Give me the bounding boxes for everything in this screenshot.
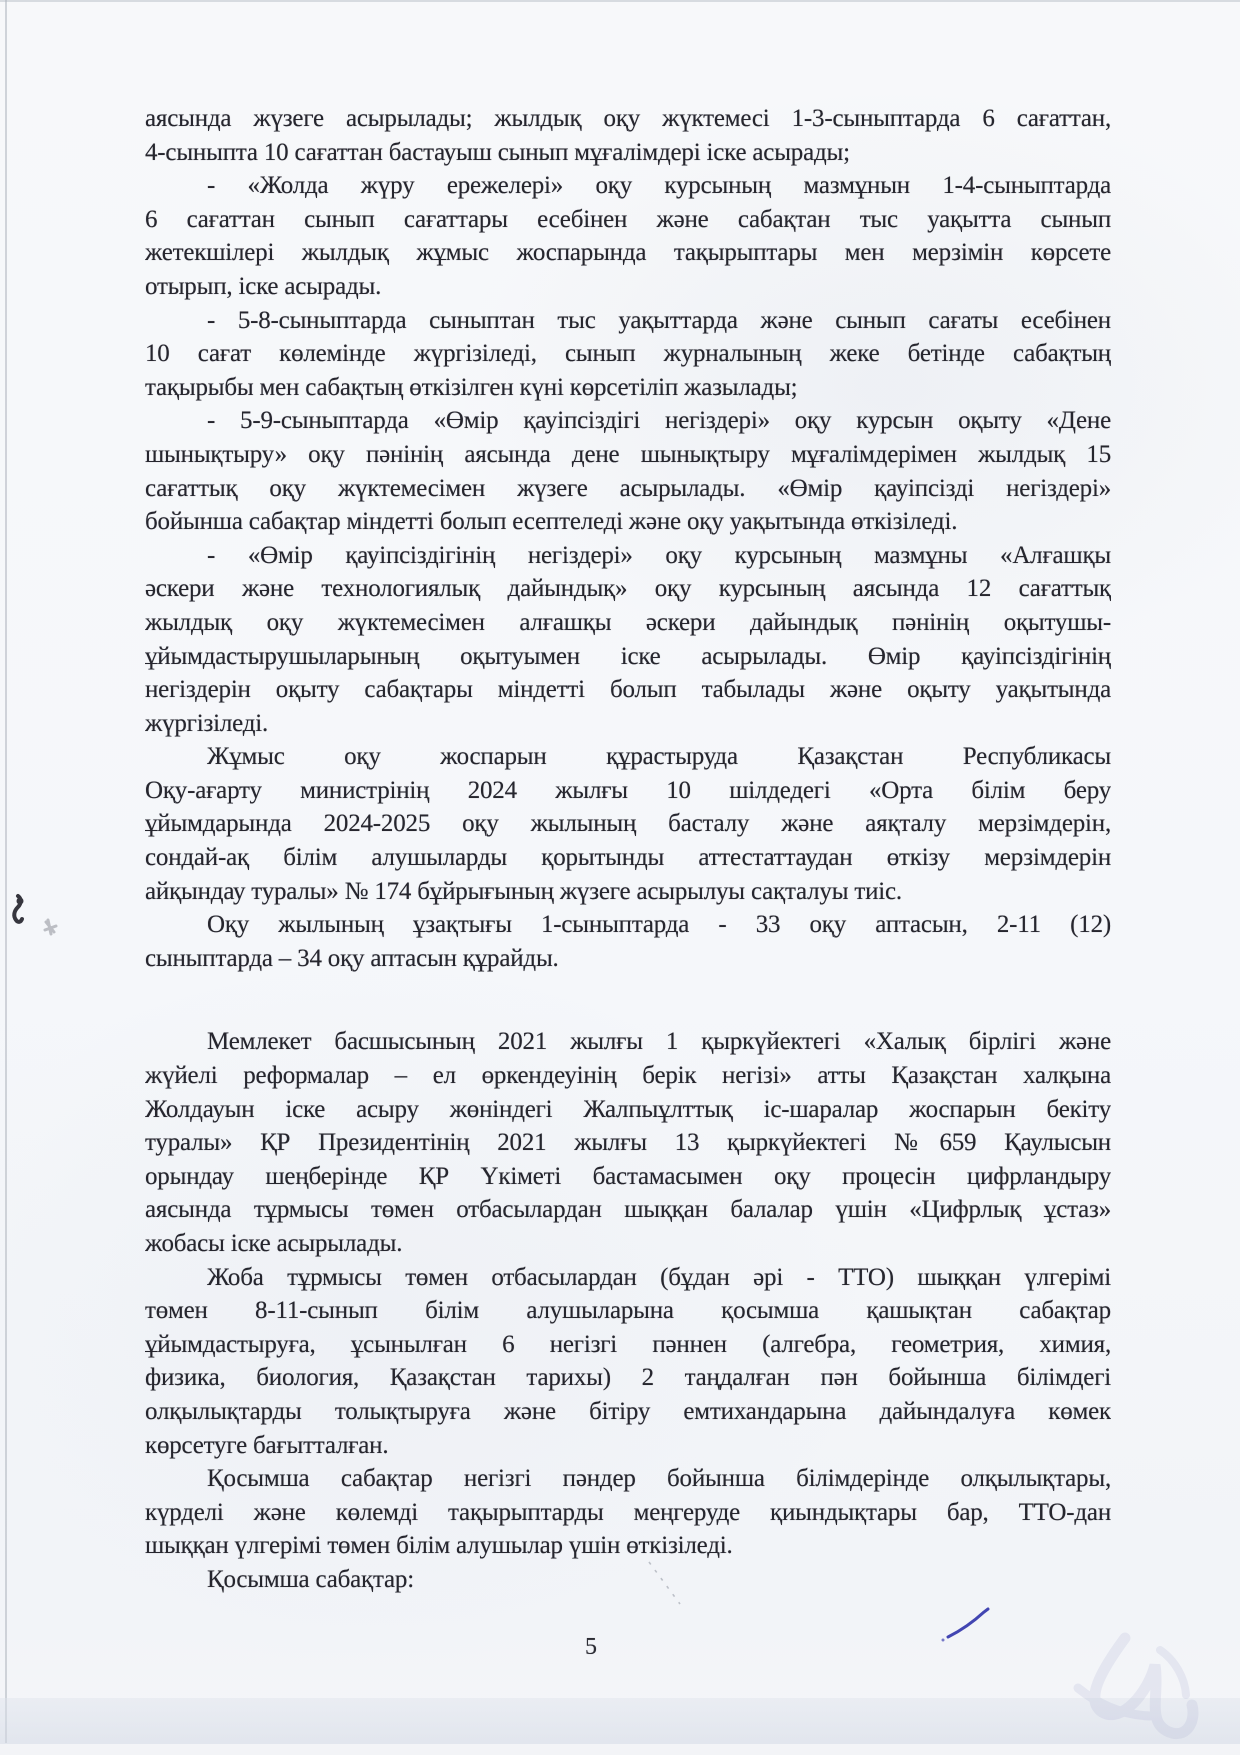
text-line: физика, биология, Қазақстан тарихы) 2 та… [145, 1361, 1111, 1395]
text-line: жүйелі реформалар – ел өркендеуінің бері… [145, 1059, 1111, 1093]
text-line: отырып, іске асырады. [145, 270, 1111, 304]
text-line: 6 сағаттан сынып сағаттары есебінен және… [145, 203, 1111, 237]
scanned-page: аясында жүзеге асырылады; жылдық оқу жүк… [0, 0, 1240, 1755]
text-line: жүргізіледі. [145, 707, 1111, 741]
scan-edge-left [5, 0, 7, 1743]
paragraph: - «Өмір қауіпсіздігінің негіздері» оқу к… [145, 539, 1111, 741]
text-line: - «Өмір қауіпсіздігінің негіздері» оқу к… [145, 539, 1111, 573]
scan-edge-bottom-band [0, 1698, 1240, 1744]
text-line: ұйымдастыруға, ұсынылған 6 негізгі пәнне… [145, 1328, 1111, 1362]
text-line: әскери және технологиялық дайындық» оқу … [145, 572, 1111, 606]
text-line: туралы» ҚР Президентінің 2021 жылғы 13 қ… [145, 1126, 1111, 1160]
text-line: сыныптарда – 34 оқу аптасын құрайды. [145, 942, 1111, 976]
document-text: аясында жүзеге асырылады; жылдық оқу жүк… [145, 102, 1111, 1597]
text-line: 10 сағат көлемінде жүргізіледі, сынып жу… [145, 337, 1111, 371]
text-line: бойынша сабақтар міндетті болып есептеле… [145, 505, 1111, 539]
text-line: негіздерін оқыту сабақтары міндетті болы… [145, 673, 1111, 707]
pen-mark-dot [942, 1639, 945, 1642]
scan-edge-top [0, 0, 1240, 2]
text-line: күрделі және көлемді тақырыптарды меңгер… [145, 1496, 1111, 1530]
text-line: жетекшілері жылдық жұмыс жоспарында тақы… [145, 236, 1111, 270]
paragraph: Жұмыс оқу жоспарын құрастыруда Қазақстан… [145, 740, 1111, 908]
text-line: сондай-ақ білім алушыларды қорытынды атт… [145, 841, 1111, 875]
text-line: Қосымша сабақтар: [145, 1563, 1111, 1597]
paragraph: аясында жүзеге асырылады; жылдық оқу жүк… [145, 102, 1111, 169]
text-line: ұйымдастырушыларының оқытуымен іске асыр… [145, 640, 1111, 674]
paragraph: - 5-9-сыныптарда «Өмір қауіпсіздігі негі… [145, 404, 1111, 538]
ink-blot [17, 898, 24, 905]
text-line: Жұмыс оқу жоспарын құрастыруда Қазақстан… [145, 740, 1111, 774]
text-line: - «Жолда жүру ережелері» оқу курсының ма… [145, 169, 1111, 203]
scan-edge-bottom-strip [0, 1744, 1240, 1755]
text-line: сағаттық оқу жүктемесімен жүзеге асырыла… [145, 472, 1111, 506]
text-line: Қосымша сабақтар негізгі пәндер бойынша … [145, 1462, 1111, 1496]
ink-blot [14, 896, 22, 922]
text-line: ұйымдарында 2024-2025 оқу жылының бастал… [145, 807, 1111, 841]
paragraph: Қосымша сабақтар негізгі пәндер бойынша … [145, 1462, 1111, 1563]
pen-mark [948, 1609, 988, 1637]
text-line: - 5-9-сыныптарда «Өмір қауіпсіздігі негі… [145, 404, 1111, 438]
paragraph: Қосымша сабақтар: [145, 1563, 1111, 1597]
text-line: Оқу жылының ұзақтығы 1-сыныптарда - 33 о… [145, 908, 1111, 942]
text-line: көрсетуге бағытталған. [145, 1429, 1111, 1463]
paragraph: - «Жолда жүру ережелері» оқу курсының ма… [145, 169, 1111, 303]
text-line: төмен 8-11-сынып білім алушыларына қосым… [145, 1294, 1111, 1328]
text-line: 4-сыныпта 10 сағаттан бастауыш сынып мұғ… [145, 136, 1111, 170]
text-line: аясында жүзеге асырылады; жылдық оқу жүк… [145, 102, 1111, 136]
text-line: шыққан үлгерімі төмен білім алушылар үші… [145, 1529, 1111, 1563]
text-line: орындау шеңберінде ҚР Үкіметі бастамасым… [145, 1160, 1111, 1194]
paragraph: Оқу жылының ұзақтығы 1-сыныптарда - 33 о… [145, 908, 1111, 975]
page-number: 5 [585, 1634, 597, 1661]
text-line: шынықтыру» оқу пәнінің аясында дене шыны… [145, 438, 1111, 472]
text-line: - 5-8-сыныптарда сыныптан тыс уақыттарда… [145, 304, 1111, 338]
text-line: айқындау туралы» № 174 бұйрығының жүзеге… [145, 875, 1111, 909]
text-line: жылдық оқу жүктемесімен алғашқы әскери д… [145, 606, 1111, 640]
text-line: Мемлекет басшысының 2021 жылғы 1 қыркүйе… [145, 1025, 1111, 1059]
text-line: Жолдауын іске асыру жөніндегі Жалпыұлтты… [145, 1093, 1111, 1127]
paragraph: Мемлекет басшысының 2021 жылғы 1 қыркүйе… [145, 1025, 1111, 1260]
text-line: Оқу-ағарту министрінің 2024 жылғы 10 шіл… [145, 774, 1111, 808]
ink-blot-faint [45, 920, 56, 934]
text-line: Жоба тұрмысы төмен отбасылардан (бұдан ә… [145, 1261, 1111, 1295]
paragraph: Жоба тұрмысы төмен отбасылардан (бұдан ә… [145, 1261, 1111, 1463]
paragraph: - 5-8-сыныптарда сыныптан тыс уақыттарда… [145, 304, 1111, 405]
text-line: тақырыбы мен сабақтың өткізілген күні кө… [145, 371, 1111, 405]
text-line: аясында тұрмысы төмен отбасылардан шыққа… [145, 1193, 1111, 1227]
text-line: жобасы іске асырылады. [145, 1227, 1111, 1261]
text-line: олқылықтарды толықтыруға және бітіру емт… [145, 1395, 1111, 1429]
